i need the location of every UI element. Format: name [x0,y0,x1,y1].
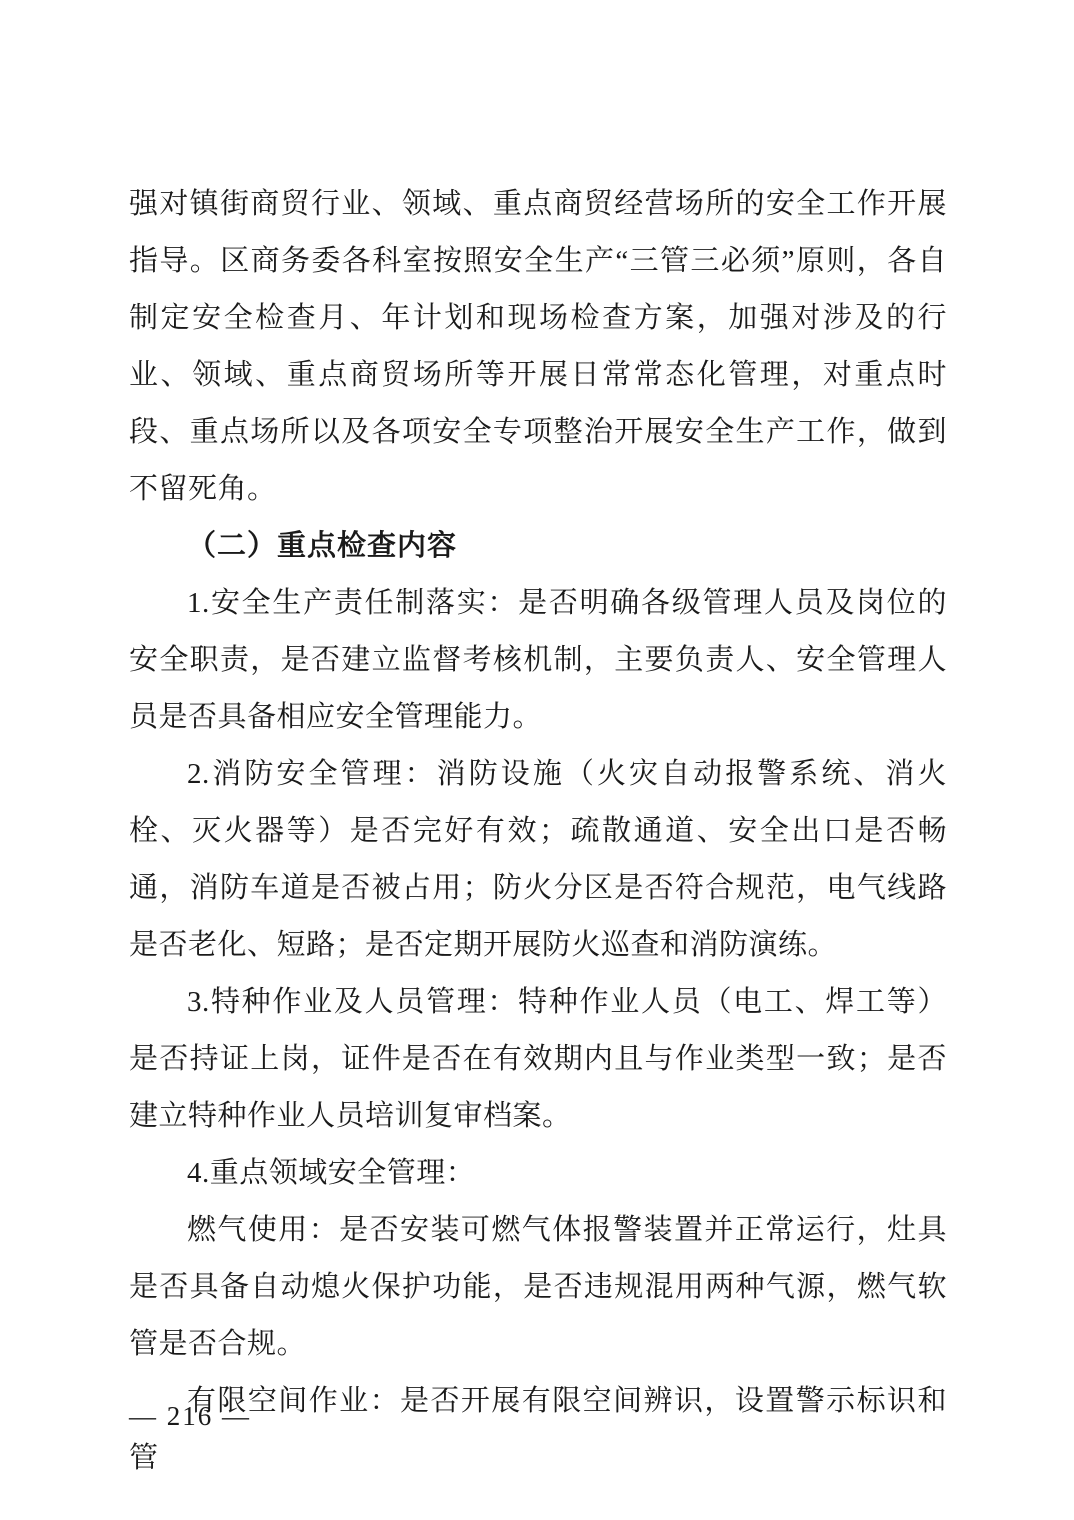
paragraph-body-continuation: 强对镇街商贸行业、领域、重点商贸经营场所的安全工作开展指导。区商务委各科室按照安… [129,176,947,518]
paragraph-item-4: 4.重点领域安全管理： [129,1145,947,1202]
page-number: — 216 — [129,1396,251,1436]
paragraph-confined-space: 有限空间作业：是否开展有限空间辨识，设置警示标识和管 [129,1373,947,1487]
text-block: 强对镇街商贸行业、领域、重点商贸经营场所的安全工作开展指导。区商务委各科室按照安… [129,176,947,1487]
paragraph-item-3: 3.特种作业及人员管理：特种作业人员（电工、焊工等）是否持证上岗，证件是否在有效… [129,974,947,1145]
paragraph-gas-use: 燃气使用：是否安装可燃气体报警装置并正常运行，灶具是否具备自动熄火保护功能，是否… [129,1202,947,1373]
paragraph-item-1: 1.安全生产责任制落实：是否明确各级管理人员及岗位的安全职责，是否建立监督考核机… [129,575,947,746]
paragraph-item-2: 2.消防安全管理：消防设施（火灾自动报警系统、消火栓、灭火器等）是否完好有效；疏… [129,746,947,974]
section-heading: （二）重点检查内容 [129,518,947,575]
document-page: 强对镇街商贸行业、领域、重点商贸经营场所的安全工作开展指导。区商务委各科室按照安… [0,0,1074,1520]
